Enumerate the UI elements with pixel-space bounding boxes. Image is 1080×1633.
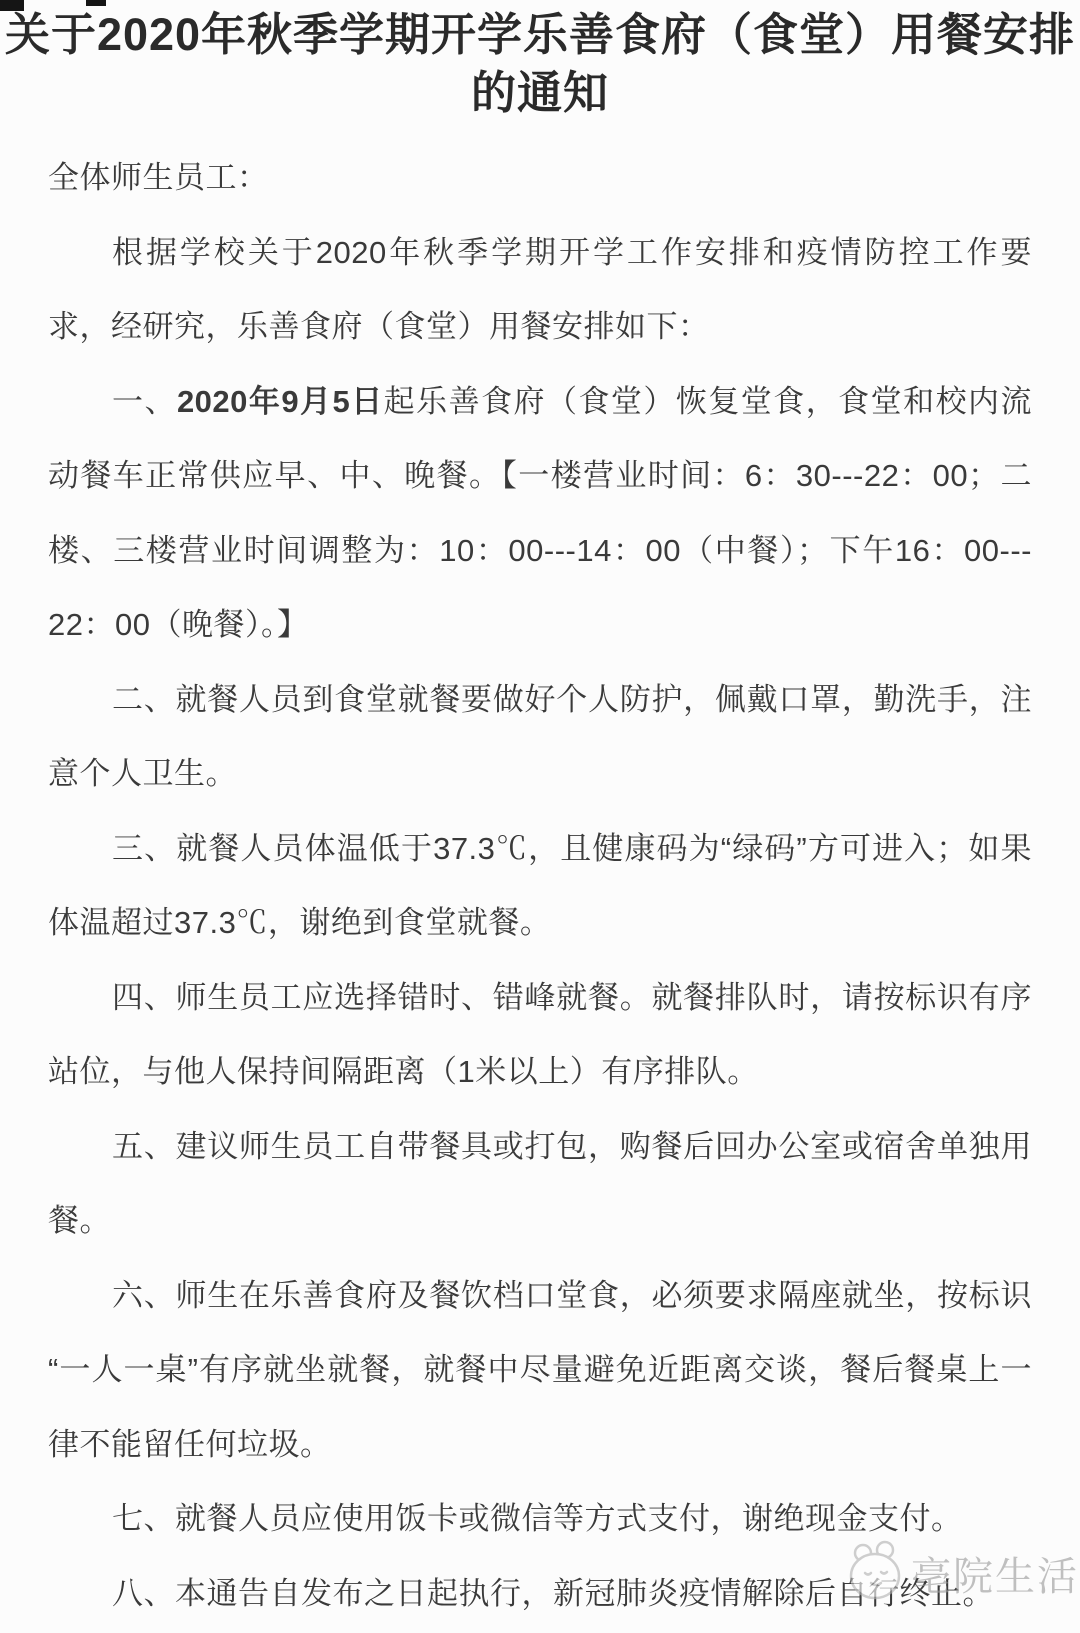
line-intro-2: 求，经研究，乐善食府（食堂）用餐安排如下： (48, 290, 1032, 365)
notice-document: 关于2020年秋季学期开学乐善食府（食堂）用餐安排 的通知 全体师生员工： 根据… (0, 0, 1080, 1633)
line-item1-3: 楼、三楼营业时间调整为：10：00---14：00（中餐）；下午16：00--- (48, 514, 1032, 589)
notice-title: 关于2020年秋季学期开学乐善食府（食堂）用餐安排 的通知 (0, 0, 1080, 122)
crop-artifact (86, 0, 106, 6)
notice-title-line1: 关于2020年秋季学期开学乐善食府（食堂）用餐安排 (0, 6, 1080, 64)
line-salutation: 全体师生员工： (48, 141, 1032, 216)
line-item5-1: 五、建议师生员工自带餐具或打包，购餐后回办公室或宿舍单独用 (48, 1110, 1032, 1185)
line-item1-2: 动餐车正常供应早、中、晚餐。【一楼营业时间：6：30---22：00；二 (48, 439, 1032, 514)
item1-date-bold: 2020年9月5日 (177, 384, 384, 419)
item1-rest: 起乐善食府（食堂）恢复堂食，食堂和校内流 (384, 384, 1032, 419)
line-item1-4: 22：00（晚餐）。】 (48, 588, 1032, 663)
line-item2-1: 二、就餐人员到食堂就餐要做好个人防护，佩戴口罩，勤洗手，注 (48, 663, 1032, 738)
line-item8: 八、本通告自发布之日起执行，新冠肺炎疫情解除后自行终止。 (48, 1557, 1032, 1632)
crop-artifact (0, 0, 24, 11)
line-item6-1: 六、师生在乐善食府及餐饮档口堂食，必须要求隔座就坐，按标识 (48, 1259, 1032, 1334)
line-intro-1: 根据学校关于2020年秋季学期开学工作安排和疫情防控工作要 (48, 216, 1032, 291)
line-item4-1: 四、师生员工应选择错时、错峰就餐。就餐排队时，请按标识有序 (48, 961, 1032, 1036)
line-item1-1: 一、2020年9月5日起乐善食府（食堂）恢复堂食，食堂和校内流 (48, 365, 1032, 440)
line-item2-2: 意个人卫生。 (48, 737, 1032, 812)
line-item7: 七、就餐人员应使用饭卡或微信等方式支付，谢绝现金支付。 (48, 1482, 1032, 1557)
line-item3-1: 三、就餐人员体温低于37.3℃，且健康码为“绿码”方可进入；如果 (48, 812, 1032, 887)
notice-body: 全体师生员工： 根据学校关于2020年秋季学期开学工作安排和疫情防控工作要 求，… (48, 141, 1032, 1631)
item1-prefix: 一、 (112, 384, 177, 419)
line-item6-2: “一人一桌”有序就坐就餐，就餐中尽量避免近距离交谈，餐后餐桌上一 (48, 1333, 1032, 1408)
line-item5-2: 餐。 (48, 1184, 1032, 1259)
line-item3-2: 体温超过37.3℃，谢绝到食堂就餐。 (48, 886, 1032, 961)
line-item6-3: 律不能留任何垃圾。 (48, 1408, 1032, 1483)
notice-title-line2: 的通知 (0, 64, 1080, 122)
line-item4-2: 站位，与他人保持间隔距离（1米以上）有序排队。 (48, 1035, 1032, 1110)
